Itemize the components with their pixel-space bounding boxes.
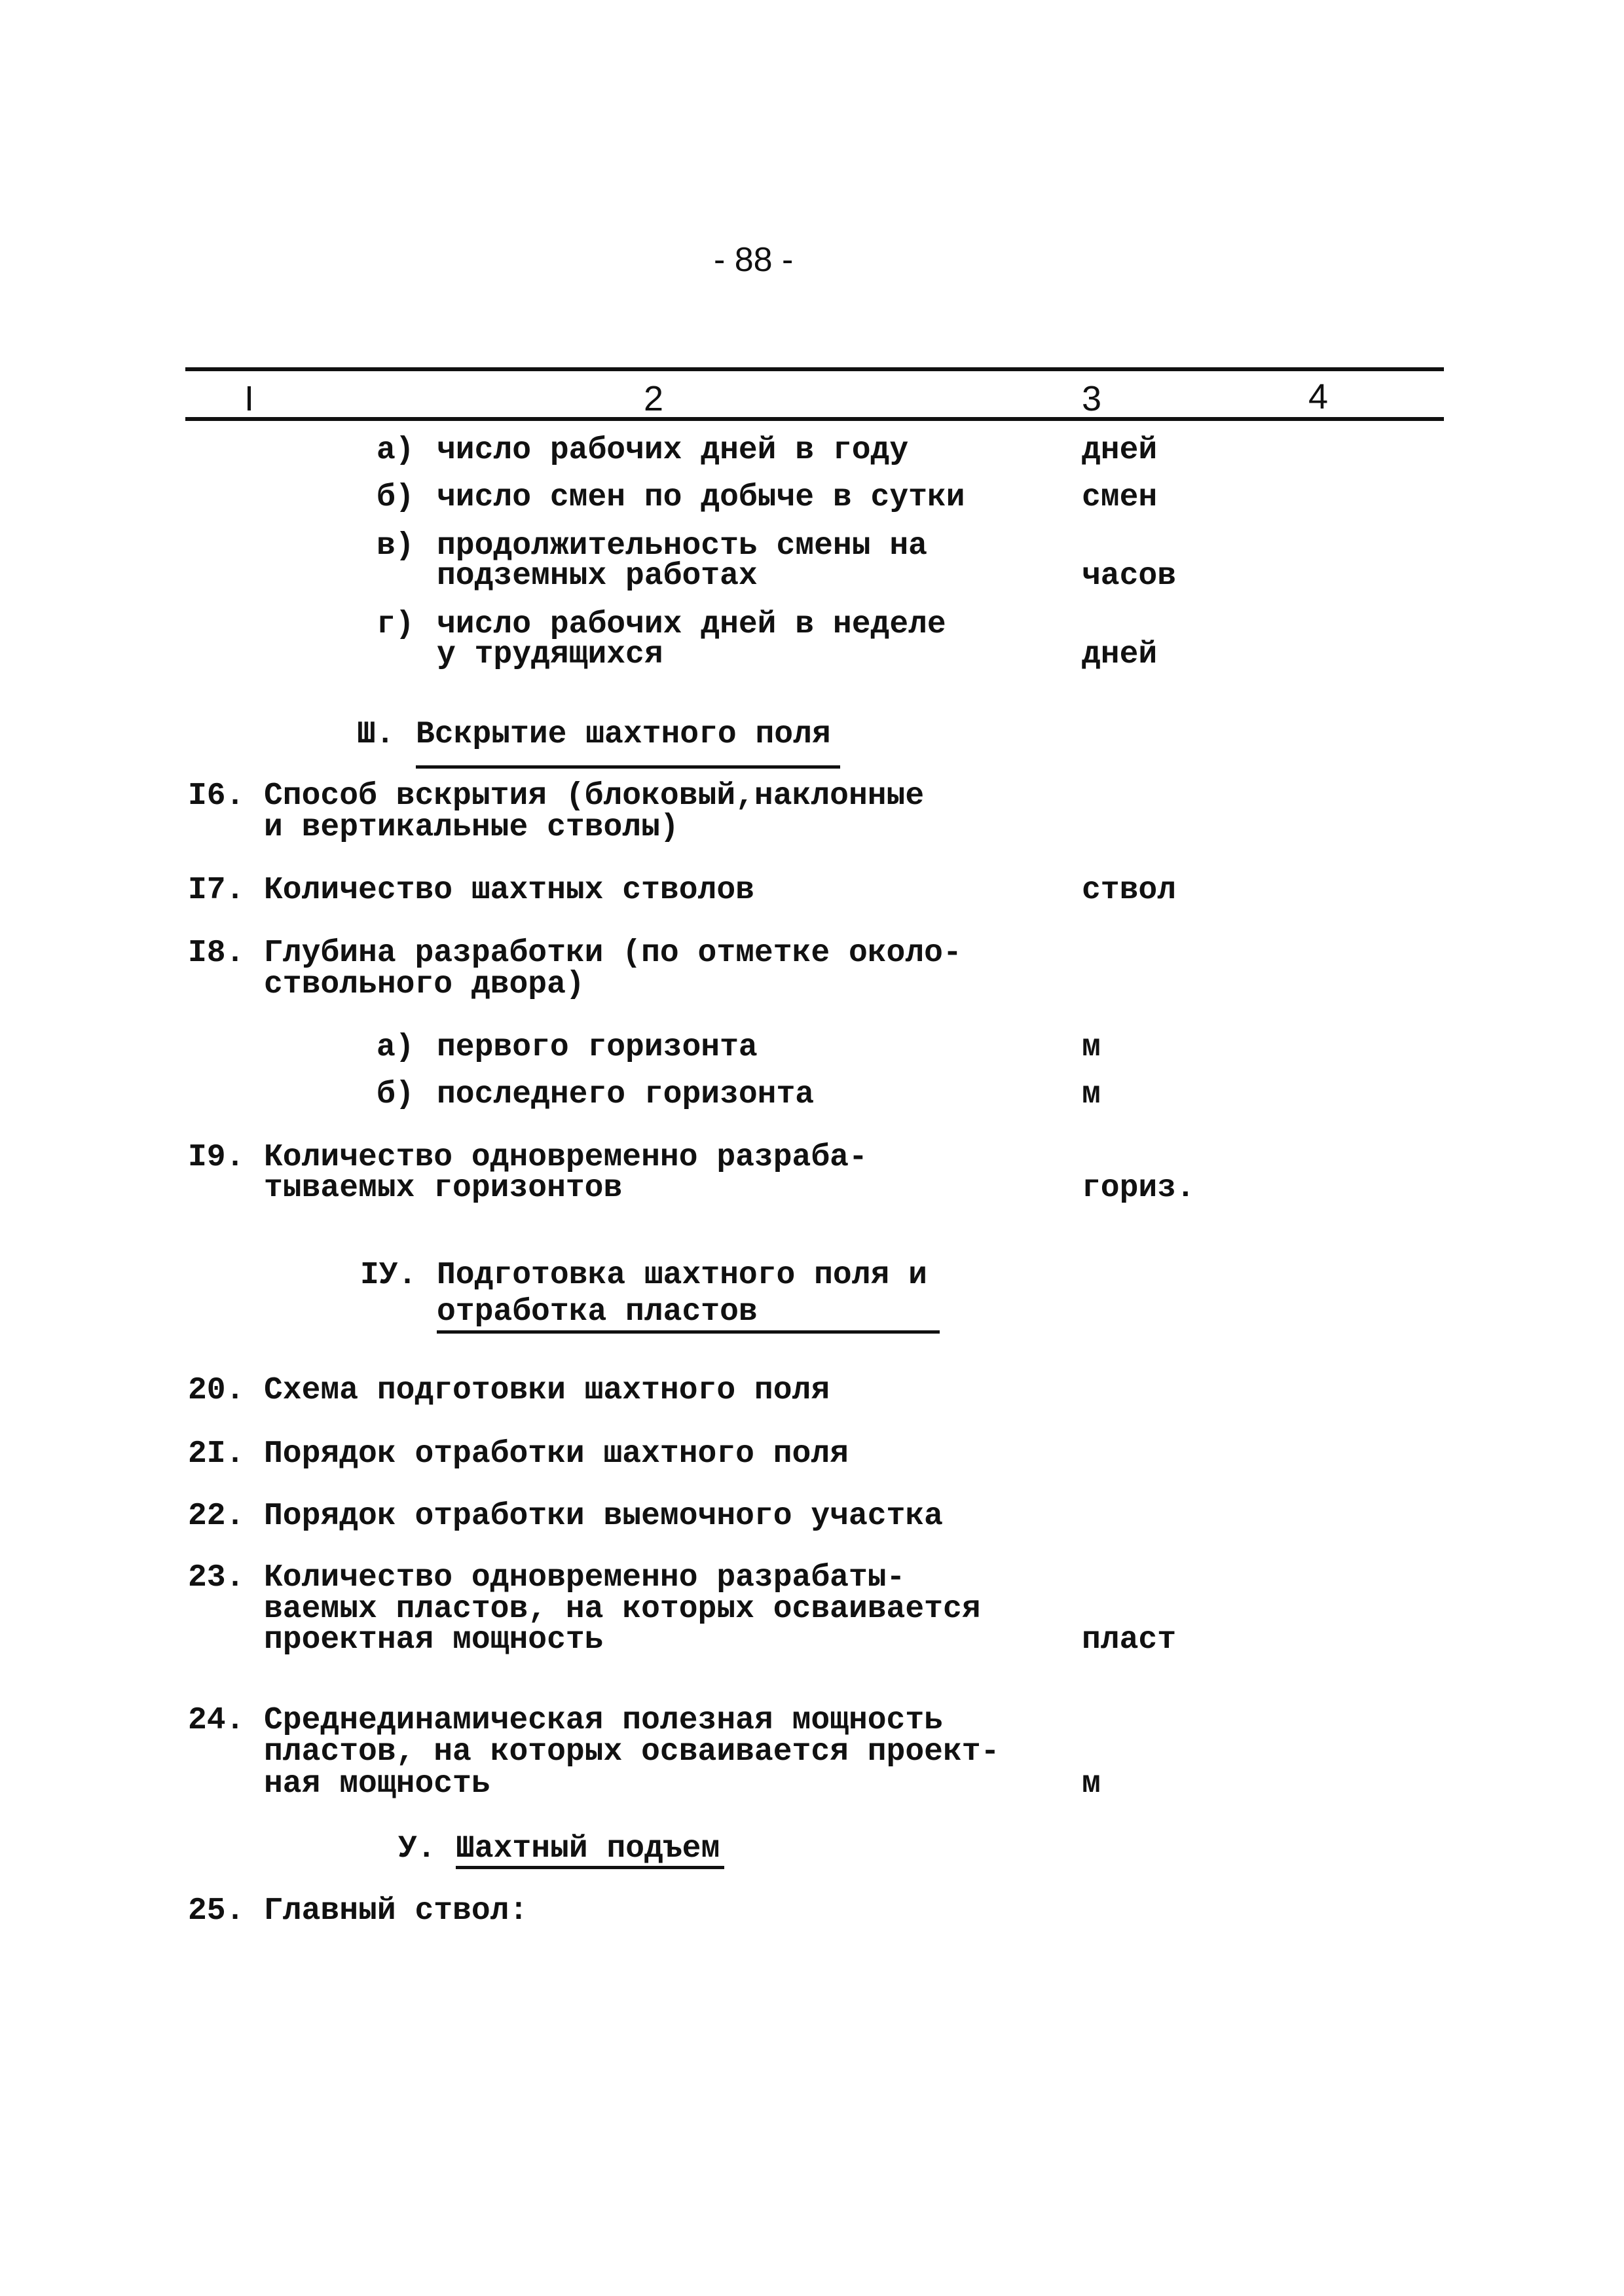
page-number: - 88 -	[714, 243, 793, 277]
subitem-label: б)	[377, 1079, 415, 1110]
subitem-label: а)	[377, 1032, 415, 1063]
subitem-text: подземных работах	[437, 560, 758, 592]
subitem-text: продолжительность смены на	[437, 530, 927, 562]
item-text: ваемых пластов, на которых осваивается	[264, 1594, 981, 1625]
subitem-label: г)	[377, 609, 415, 640]
section-title-underline	[416, 765, 840, 769]
column-header-3: 3	[1082, 381, 1101, 416]
item-unit: гориз.	[1082, 1173, 1195, 1204]
section-numeral: IУ.	[360, 1260, 416, 1291]
item-text: Количество шахтных стволов	[264, 875, 754, 906]
subitem-text: число рабочих дней в неделе	[437, 609, 946, 640]
column-header-2: 2	[644, 381, 663, 416]
item-number: I7.	[188, 875, 244, 906]
subitem-unit: дней	[1082, 639, 1157, 670]
item-number: I6.	[188, 780, 244, 812]
section-numeral: Ш.	[357, 719, 395, 750]
item-text: и вертикальные стволы)	[264, 812, 679, 843]
table-header-top-rule	[185, 367, 1444, 371]
item-unit: ствол	[1082, 875, 1176, 906]
item-number: 24.	[188, 1705, 244, 1736]
section-title-line1: Подготовка шахтного поля и	[437, 1260, 927, 1291]
subitem-text: последнего горизонта	[437, 1079, 814, 1110]
subitem-unit: часов	[1082, 560, 1176, 592]
item-text: Порядок отработки выемочного участка	[264, 1501, 943, 1532]
item-unit: пласт	[1082, 1624, 1176, 1656]
column-header-1: I	[244, 381, 254, 416]
subitem-label: б)	[377, 482, 415, 513]
subitem-text: первого горизонта	[437, 1032, 758, 1063]
subitem-text: у трудящихся	[437, 639, 663, 670]
item-text: Главный ствол:	[264, 1895, 528, 1927]
subitem-text: число рабочих дней в году	[437, 435, 908, 466]
subitem-unit: дней	[1082, 435, 1157, 466]
subitem-unit: м	[1082, 1032, 1101, 1063]
item-text: Глубина разработки (по отметке около-	[264, 938, 962, 969]
subitem-label: а)	[377, 435, 415, 466]
section-numeral: У.	[398, 1833, 436, 1865]
item-text: ствольного двора)	[264, 969, 585, 1000]
item-number: 23.	[188, 1562, 244, 1594]
item-text: проектная мощность	[264, 1624, 603, 1656]
subitem-unit: смен	[1082, 482, 1157, 513]
document-page: - 88 - I 2 3 4 а) число рабочих дней в г…	[0, 0, 1624, 2296]
section-title-underline	[456, 1866, 724, 1869]
item-text: пластов, на которых осваивается проект-	[264, 1736, 999, 1768]
item-text: Порядок отработки шахтного поля	[264, 1438, 849, 1470]
item-number: 22.	[188, 1501, 244, 1532]
item-text: ная мощность	[264, 1768, 490, 1800]
item-text: Способ вскрытия (блоковый,наклонные	[264, 780, 924, 812]
subitem-text: число смен по добыче в сутки	[437, 482, 965, 513]
item-number: 25.	[188, 1895, 244, 1927]
item-text: тываемых горизонтов	[264, 1173, 622, 1204]
section-title-underline	[437, 1330, 940, 1334]
column-header-4: 4	[1308, 379, 1328, 414]
item-text: Схема подготовки шахтного поля	[264, 1375, 830, 1406]
item-text: Количество одновременно разраба-	[264, 1142, 868, 1173]
table-header-bottom-rule	[185, 417, 1444, 421]
item-number: 20.	[188, 1375, 244, 1406]
item-text: Среднединамическая полезная мощность	[264, 1705, 943, 1736]
subitem-label: в)	[377, 530, 415, 562]
section-title: Шахтный подъем	[456, 1833, 720, 1865]
item-unit: м	[1082, 1768, 1101, 1800]
item-number: I9.	[188, 1142, 244, 1173]
item-number: I8.	[188, 938, 244, 969]
subitem-unit: м	[1082, 1079, 1101, 1110]
item-number: 2I.	[188, 1438, 244, 1470]
item-text: Количество одновременно разрабаты-	[264, 1562, 905, 1594]
section-title-line2: отработка пластов	[437, 1296, 758, 1328]
section-title: Вскрытие шахтного поля	[416, 719, 831, 750]
